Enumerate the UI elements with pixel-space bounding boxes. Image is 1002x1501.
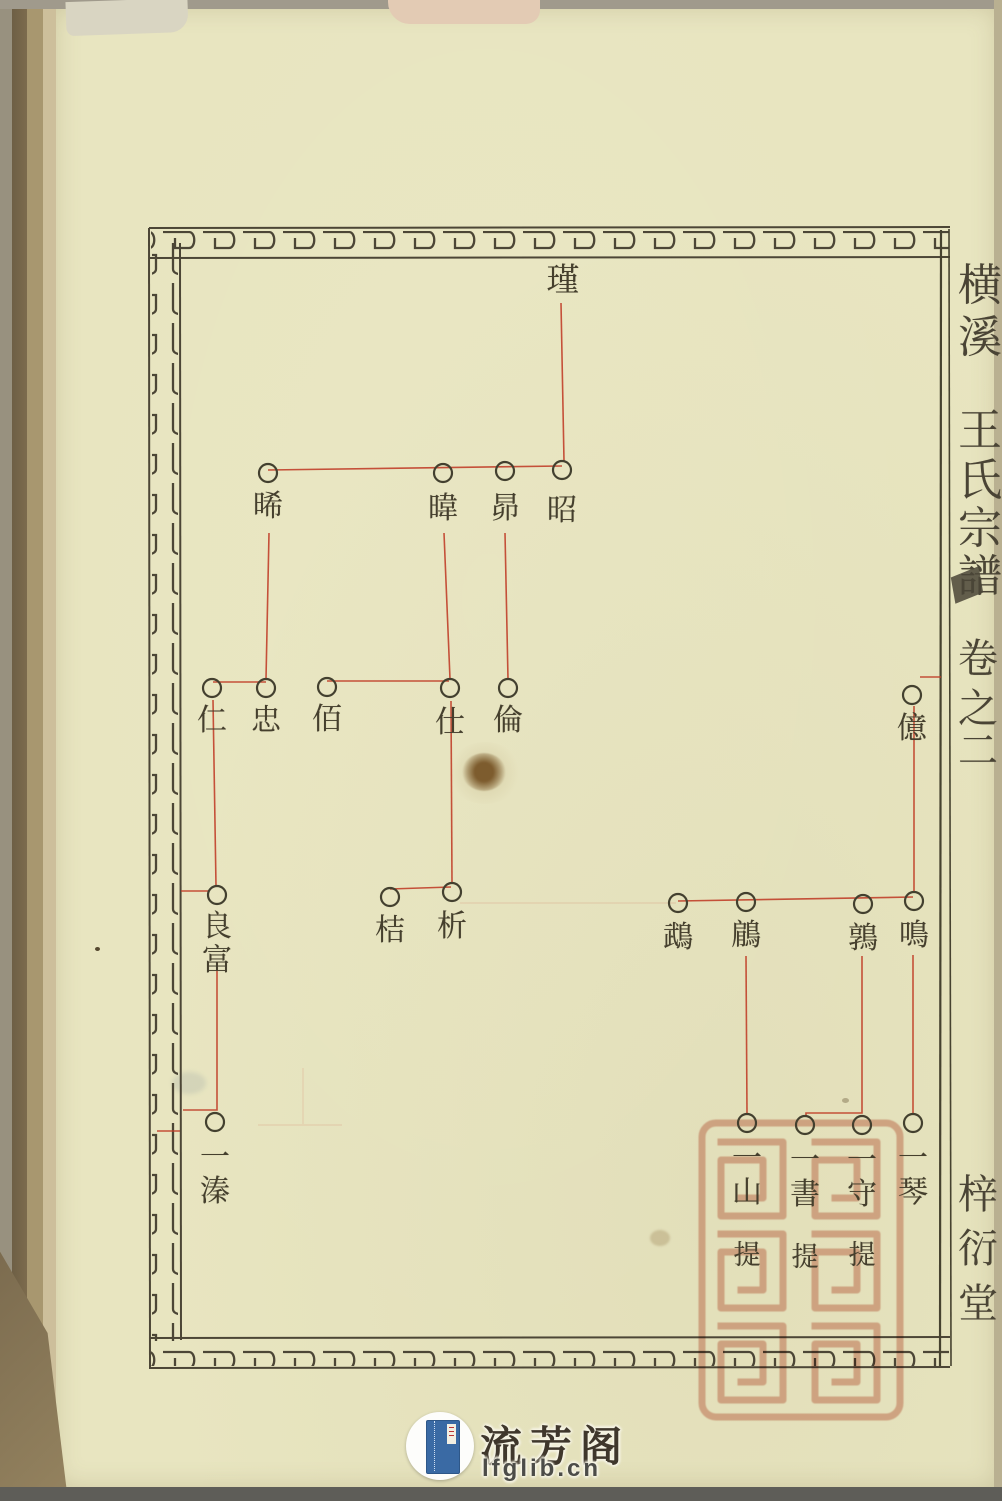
person-name: 晞 [253, 490, 283, 524]
person-name: 一山 [732, 1142, 762, 1210]
lineage-line [505, 533, 508, 679]
lineage-line [390, 887, 451, 889]
person-node-circle [499, 679, 517, 697]
person-name: 鵡 [663, 921, 693, 955]
person-node-circle [796, 1116, 814, 1134]
person-node-circle [738, 1114, 756, 1132]
person-name: 暐 [428, 492, 458, 526]
person-name: 昴 [490, 492, 520, 526]
person-node-circle [904, 1114, 922, 1132]
watermark-logo-circle [406, 1412, 474, 1480]
person-name: 一溱 [200, 1141, 230, 1209]
lineage-line [561, 303, 564, 461]
scanned-genealogy-page: 瑾晞暐昴昭仁忠佰仕倫億良富桔析鵡鵳鶉鳴一溱一山提一書提一守提一琴 横溪王氏宗譜卷… [0, 0, 1002, 1501]
person-name: 鵳 [731, 919, 761, 953]
person-node-circle [206, 1113, 224, 1131]
person-name: 仕 [435, 706, 465, 740]
person-node-circle [443, 883, 461, 901]
family-tree-diagram [0, 0, 1002, 1501]
person-name: 桔 [375, 914, 405, 948]
person-annotation: 提 [849, 1238, 876, 1272]
person-name: 倫 [493, 704, 523, 738]
person-name: 一書 [790, 1144, 820, 1212]
lineage-line [806, 956, 862, 1117]
person-name: 良富 [202, 910, 232, 978]
person-name: 佰 [312, 703, 342, 737]
book-icon [426, 1420, 460, 1474]
lineage-line [444, 533, 450, 679]
person-name: 仁 [197, 704, 227, 738]
book-title-label [447, 1424, 456, 1444]
person-name: 一守 [847, 1144, 877, 1212]
person-node-circle [381, 888, 399, 906]
lineage-line [266, 533, 269, 679]
person-node-circle [496, 462, 514, 480]
person-node-circle [434, 464, 452, 482]
person-name: 億 [897, 712, 927, 746]
person-node-circle [737, 893, 755, 911]
person-node-circle [259, 464, 277, 482]
person-name: 析 [437, 910, 467, 944]
person-name: 昭 [547, 494, 577, 528]
person-node-circle [905, 892, 923, 910]
person-annotation: 提 [792, 1240, 819, 1274]
watermark-site-url: lfglib.cn [482, 1455, 601, 1483]
person-node-circle [208, 886, 226, 904]
person-node-circle [903, 686, 921, 704]
book-spine [429, 1421, 435, 1471]
lineage-line [746, 956, 747, 1113]
person-name: 忠 [251, 704, 281, 738]
person-name: 鶉 [848, 922, 878, 956]
lineage-line [183, 962, 217, 1110]
lineage-line [678, 897, 913, 901]
person-node-circle [553, 461, 571, 479]
person-name: 瑾 [547, 264, 580, 298]
person-name: 鳴 [899, 919, 929, 953]
library-watermark: 流芳阁 lfglib.cn [402, 1408, 662, 1486]
person-annotation: 提 [734, 1238, 761, 1272]
person-node-circle [441, 679, 459, 697]
person-name: 一琴 [898, 1142, 928, 1210]
lineage-line [268, 466, 562, 470]
person-node-circle [203, 679, 221, 697]
person-node-circle [853, 1116, 871, 1134]
